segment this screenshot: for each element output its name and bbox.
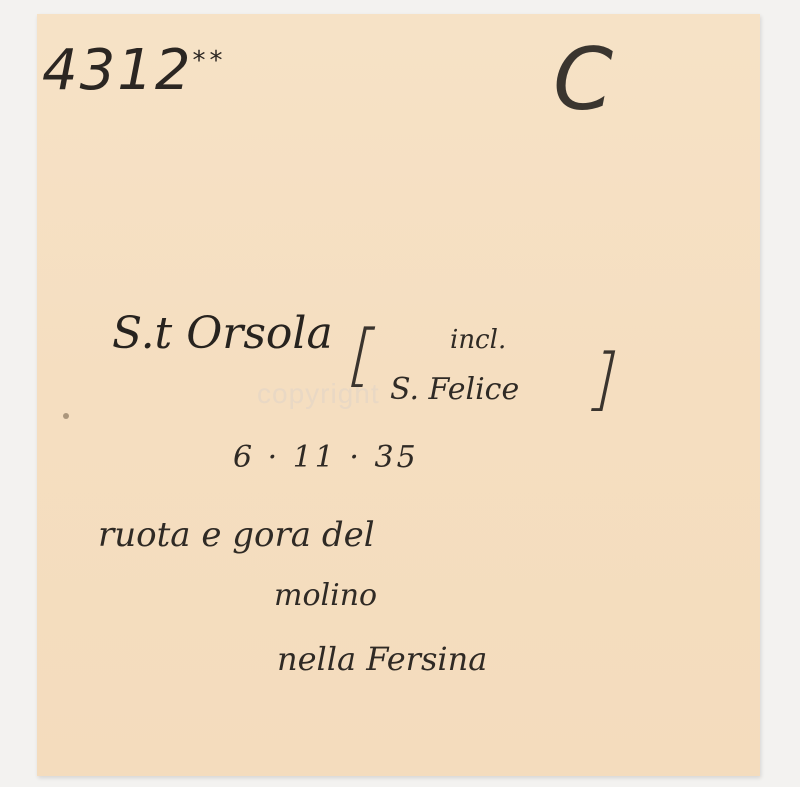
- corner-letter: C: [553, 30, 613, 130]
- bracket-note-line2: S. Felice: [390, 372, 519, 407]
- date: 6 · 11 · 35: [233, 440, 419, 475]
- catalog-number: 4312**: [42, 38, 227, 103]
- bracket-note-line1: incl.: [450, 325, 506, 355]
- place-name: S.t Orsola: [112, 308, 333, 359]
- description-line2: molino: [274, 578, 377, 613]
- description-line3: nella Fersina: [277, 640, 487, 678]
- catalog-marks: **: [193, 46, 227, 76]
- description-line1: ruota e gora del: [98, 515, 375, 555]
- catalog-number-value: 4312: [42, 38, 193, 103]
- paper-speck: [63, 413, 69, 419]
